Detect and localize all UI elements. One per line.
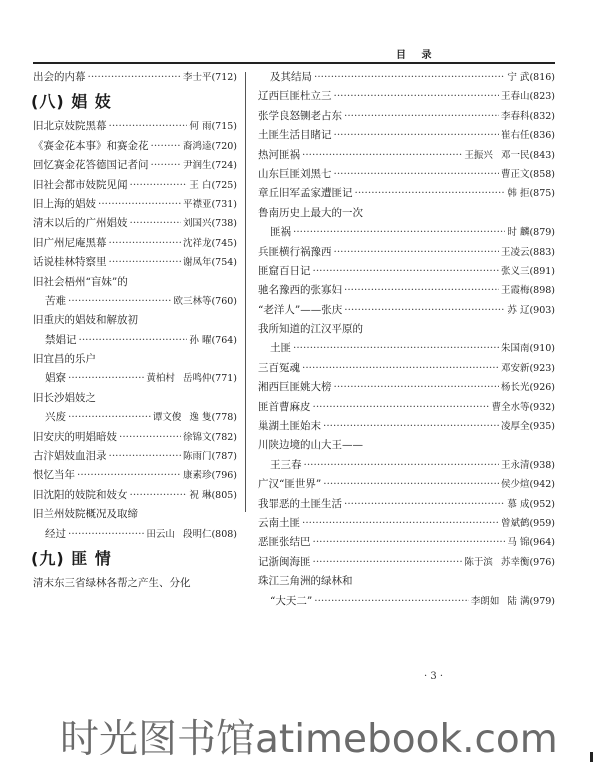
entry-title: 经过	[45, 525, 66, 544]
entry-author: 祝 琳	[189, 486, 211, 505]
entry-author: 王 白	[189, 176, 211, 195]
entry-author: 时 麟	[507, 223, 529, 242]
entry-page-number: (808)	[211, 525, 237, 544]
entry-page-number: (858)	[529, 165, 555, 184]
entry-page-number: (823)	[529, 87, 555, 106]
entry-page-number: (725)	[211, 176, 237, 195]
entry-title: 匪窟百日记	[258, 262, 311, 281]
leader-dots	[344, 281, 499, 300]
entry-page-number: (910)	[529, 339, 555, 358]
entry-author: 苏幸衡	[501, 553, 530, 572]
entry-author: 杨长光	[501, 378, 530, 397]
entry-title: 三百冤魂	[258, 359, 300, 378]
toc-left-column: 出会的内幕李士平(712)(八) 娼 妓旧北京妓院黑幕何 雨(715)《赛金花本…	[33, 68, 237, 593]
entry-author: 张义三	[501, 262, 530, 281]
entry-title: 旧广州尼庵黑幕	[33, 234, 107, 253]
running-header-title: 目 录	[396, 46, 446, 61]
leader-dots	[334, 378, 499, 397]
entry-author: 李士平	[183, 68, 212, 87]
toc-entry[interactable]: 旧广州尼庵黑幕沈祥龙(745)	[33, 234, 237, 253]
leader-dots	[334, 126, 499, 145]
toc-entry[interactable]: 巢湖土匪始末凌厚全(935)	[258, 417, 555, 436]
entry-coauthor: 王振兴	[464, 146, 493, 165]
entry-title: 旧安庆的明娼暗妓	[33, 428, 117, 447]
entry-title: 湘西巨匪姚大榜	[258, 378, 332, 397]
entry-coauthor: 黄柏村	[146, 369, 175, 388]
leader-dots	[344, 301, 505, 320]
toc-entry[interactable]: 旧安庆的明娼暗妓徐锦文(782)	[33, 428, 237, 447]
entry-author: 康素珍	[183, 466, 212, 485]
toc-entry[interactable]: 话说桂林特察里谢凤年(754)	[33, 253, 237, 272]
header-rule	[33, 62, 555, 64]
toc-entry[interactable]: 记浙闽海匪陈于滨苏幸衡(976)	[258, 553, 555, 572]
entry-author: 逸 隻	[189, 408, 211, 427]
entry-page-number: (959)	[529, 514, 555, 533]
leader-dots	[68, 369, 144, 388]
toc-entry[interactable]: 出会的内幕李士平(712)	[33, 68, 237, 87]
entry-coauthor: 田云山	[146, 525, 175, 544]
toc-entry[interactable]: 广汉“匪世界”侯少煊(942)	[258, 475, 555, 494]
entry-author: 王春山	[501, 87, 530, 106]
entry-title: 《赛金花本事》和赛金花	[33, 137, 149, 156]
entry-author: 苏 辽	[507, 301, 529, 320]
entry-page-number: (724)	[211, 156, 237, 175]
toc-right-column: 及其结局宁 武(816)辽西巨匪杜立三王春山(823)张学良怒铡老占东李春科(8…	[258, 68, 555, 611]
leader-dots	[109, 234, 181, 253]
entry-page-number: (836)	[529, 126, 555, 145]
entry-title: 及其结局	[270, 68, 312, 87]
entry-title: 苦难	[45, 292, 66, 311]
toc-entry[interactable]: “老洋人”——张庆苏 辽(903)	[258, 301, 555, 320]
entry-title: 禁娼记	[45, 331, 77, 350]
toc-entry[interactable]: 云南土匪曾斌鹤(959)	[258, 514, 555, 533]
entry-page-number: (778)	[211, 408, 237, 427]
entry-page-number: (883)	[529, 243, 555, 262]
entry-title: 旧沈阳的妓院和妓女	[33, 486, 128, 505]
toc-entry[interactable]: 娼寮黄柏村岳鸣仲(771)	[33, 369, 237, 388]
entry-title: 辽西巨匪杜立三	[258, 87, 332, 106]
entry-page-number: (760)	[211, 292, 237, 311]
entry-title: 回忆赛金花答德国记者问	[33, 156, 149, 175]
toc-entry[interactable]: 土匪生活目睹记崔右任(836)	[258, 126, 555, 145]
entry-page-number: (715)	[211, 117, 237, 136]
column-divider	[245, 72, 246, 512]
entry-page-number: (771)	[211, 369, 237, 388]
toc-entry[interactable]: 旧沈阳的妓院和妓女祝 琳(805)	[33, 486, 237, 505]
entry-page-number: (720)	[211, 137, 237, 156]
entry-page-number: (738)	[211, 214, 237, 233]
entry-author: 何 雨	[189, 117, 211, 136]
entry-coauthor: 谭文俊	[153, 408, 182, 427]
entry-page-number: (832)	[529, 107, 555, 126]
entry-title: 古汴娼妓血泪录	[33, 447, 107, 466]
entry-author: 马 锦	[507, 533, 529, 552]
leader-dots	[109, 253, 181, 272]
toc-entry[interactable]: “大天二”李朗如陆 满(979)	[258, 592, 555, 611]
leader-dots	[130, 176, 188, 195]
leader-dots	[302, 359, 499, 378]
toc-entry[interactable]: 我罪恶的土匪生活慕 成(952)	[258, 495, 555, 514]
toc-entry[interactable]: 经过田云山段明仁(808)	[33, 525, 237, 544]
entry-author: 慕 成	[507, 495, 529, 514]
leader-dots	[313, 262, 499, 281]
entry-page-number: (964)	[529, 533, 555, 552]
scan-mark	[590, 752, 593, 762]
entry-title: 记浙闽海匪	[258, 553, 311, 572]
entry-author: 刘国兴	[183, 214, 212, 233]
entry-title: 土匪生活目睹记	[258, 126, 332, 145]
entry-page-number: (879)	[529, 223, 555, 242]
toc-entry[interactable]: 恶匪张结巴马 锦(964)	[258, 533, 555, 552]
entry-page-number: (932)	[529, 398, 555, 417]
entry-page-number: (935)	[529, 417, 555, 436]
entry-title: 出会的内幕	[33, 68, 86, 87]
leader-dots	[344, 107, 499, 126]
entry-page-number: (891)	[529, 262, 555, 281]
toc-entry[interactable]: 及其结局宁 武(816)	[258, 68, 555, 87]
toc-entry[interactable]: 山东巨匪刘黑七曹正文(858)	[258, 165, 555, 184]
leader-dots	[68, 525, 144, 544]
toc-entry[interactable]: 章丘旧军孟家遭匪记韩 拒(875)	[258, 184, 555, 203]
entry-author: 朱国南	[501, 339, 530, 358]
entry-title: 张学良怒铡老占东	[258, 107, 342, 126]
entry-page-number: (979)	[529, 592, 555, 611]
entry-author: 韩 拒	[507, 184, 529, 203]
entry-title: 巢湖土匪始末	[258, 417, 321, 436]
entry-page-number: (976)	[529, 553, 555, 572]
leader-dots	[119, 428, 181, 447]
leader-dots	[355, 184, 506, 203]
entry-title: 恨忆当年	[33, 466, 75, 485]
toc-entry[interactable]: 《赛金花本事》和赛金花裔鸿逵(720)	[33, 137, 237, 156]
entry-title: 驰名豫西的张寡妇	[258, 281, 342, 300]
toc-entry[interactable]: 匪首曹麻皮曹全水等(932)	[258, 398, 555, 417]
entry-author: 宁 武	[507, 68, 529, 87]
entry-title: 旧北京妓院黑幕	[33, 117, 107, 136]
toc-title-line: 旧长沙娼妓之	[33, 389, 237, 408]
entry-page-number: (938)	[529, 456, 555, 475]
entry-title: 娼寮	[45, 369, 66, 388]
entry-page-number: (754)	[211, 253, 237, 272]
entry-author: 岳鸣仲	[183, 369, 212, 388]
page-number: · 3 ·	[424, 671, 443, 682]
entry-title: 山东巨匪刘黑七	[258, 165, 332, 184]
section-heading: (九) 匪 情	[31, 546, 237, 572]
toc-entry[interactable]: 清末以后的广州娼妓刘国兴(738)	[33, 214, 237, 233]
leader-dots	[151, 137, 181, 156]
entry-title: 恶匪张结巴	[258, 533, 311, 552]
toc-title-line: 川陕边境的山大王——	[258, 436, 555, 455]
entry-author: 侯少煊	[501, 475, 530, 494]
leader-dots	[77, 466, 181, 485]
entry-page-number: (764)	[211, 331, 237, 350]
toc-entry[interactable]: 兵匪横行祸豫西王凌云(883)	[258, 243, 555, 262]
toc-entry[interactable]: 旧北京妓院黑幕何 雨(715)	[33, 117, 237, 136]
entry-title: 旧社会都市妓院见闻	[33, 176, 128, 195]
entry-author: 徐锦文	[183, 428, 212, 447]
entry-title: 兴废	[45, 408, 66, 427]
entry-coauthor: 李朗如	[471, 592, 500, 611]
toc-entry[interactable]: 匪祸时 麟(879)	[258, 223, 555, 242]
toc-entry[interactable]: 驰名豫西的张寡妇王霞梅(898)	[258, 281, 555, 300]
toc-entry[interactable]: 兴废谭文俊逸 隻(778)	[33, 408, 237, 427]
leader-dots	[313, 398, 490, 417]
entry-author: 邓一民	[501, 146, 530, 165]
toc-title-line: 鲁南历史上最大的一次	[258, 204, 555, 223]
leader-dots	[302, 146, 462, 165]
entry-title: 匪首曹麻皮	[258, 398, 311, 417]
leader-dots	[314, 68, 505, 87]
entry-title: 旧上海的娼妓	[33, 195, 96, 214]
entry-page-number: (782)	[211, 428, 237, 447]
leader-dots	[334, 87, 499, 106]
toc-entry[interactable]: 土匪朱国南(910)	[258, 339, 555, 358]
toc-entry[interactable]: 旧社会都市妓院见闻王 白(725)	[33, 176, 237, 195]
entry-coauthor: 陈于滨	[464, 553, 493, 572]
entry-author: 平襟亚	[183, 195, 212, 214]
toc-entry[interactable]: 古汴娼妓血泪录陈雨门(787)	[33, 447, 237, 466]
toc-title-line: 旧兰州妓院概况及取缔	[33, 505, 237, 524]
toc-title-line: 旧宜昌的乐户	[33, 350, 237, 369]
entry-author: 王凌云	[501, 243, 530, 262]
watermark-text: 时光图书馆atimebook.com	[60, 708, 558, 764]
entry-author: 崔右任	[501, 126, 530, 145]
entry-author: 沈祥龙	[183, 234, 212, 253]
entry-author: 王永清	[501, 456, 530, 475]
entry-page-number: (952)	[529, 495, 555, 514]
entry-author: 尹润生	[183, 156, 212, 175]
entry-author: 段明仁	[183, 525, 212, 544]
toc-title-line: 清末东三省绿林各帮之产生、分化	[33, 574, 237, 593]
leader-dots	[314, 592, 469, 611]
leader-dots	[334, 243, 499, 262]
entry-author: 邓安新	[501, 359, 530, 378]
leader-dots	[88, 68, 181, 87]
entry-author: 谢凤年	[183, 253, 212, 272]
leader-dots	[323, 475, 499, 494]
leader-dots	[323, 417, 499, 436]
toc-entry[interactable]: 回忆赛金花答德国记者问尹润生(724)	[33, 156, 237, 175]
entry-page-number: (816)	[529, 68, 555, 87]
entry-title: 清末以后的广州娼妓	[33, 214, 128, 233]
leader-dots	[79, 331, 188, 350]
toc-entry[interactable]: 恨忆当年康素珍(796)	[33, 466, 237, 485]
leader-dots	[334, 165, 499, 184]
entry-title: 土匪	[270, 339, 291, 358]
leader-dots	[109, 447, 181, 466]
toc-entry[interactable]: 王三春王永清(938)	[258, 456, 555, 475]
leader-dots	[109, 117, 188, 136]
entry-title: “老洋人”——张庆	[258, 301, 342, 320]
leader-dots	[68, 292, 171, 311]
entry-page-number: (875)	[529, 184, 555, 203]
leader-dots	[68, 408, 151, 427]
leader-dots	[313, 553, 463, 572]
entry-author: 王霞梅	[501, 281, 530, 300]
entry-title: 热河匪祸	[258, 146, 300, 165]
leader-dots	[130, 214, 181, 233]
leader-dots	[98, 195, 181, 214]
entry-author: 曹全水等	[491, 398, 529, 417]
toc-title-line: 我所知道的江汉平原的	[258, 320, 555, 339]
toc-title-line: 旧重庆的娼妓和解放初	[33, 311, 237, 330]
entry-page-number: (731)	[211, 195, 237, 214]
entry-author: 曾斌鹤	[501, 514, 530, 533]
toc-title-line: 旧社会梧州“盲妹”的	[33, 273, 237, 292]
entry-author: 裔鸿逵	[183, 137, 212, 156]
entry-page-number: (898)	[529, 281, 555, 300]
leader-dots	[304, 456, 499, 475]
toc-entry[interactable]: 热河匪祸王振兴邓一民(843)	[258, 146, 555, 165]
entry-page-number: (787)	[211, 447, 237, 466]
entry-title: “大天二”	[270, 592, 312, 611]
toc-entry[interactable]: 禁娼记孙 曜(764)	[33, 331, 237, 350]
leader-dots	[302, 514, 499, 533]
entry-author: 欧三林等	[173, 292, 211, 311]
entry-author: 李春科	[501, 107, 530, 126]
toc-entry[interactable]: 张学良怒铡老占东李春科(832)	[258, 107, 555, 126]
entry-title: 我罪恶的土匪生活	[258, 495, 342, 514]
entry-author: 陆 满	[507, 592, 529, 611]
toc-entry[interactable]: 旧上海的娼妓平襟亚(731)	[33, 195, 237, 214]
section-heading: (八) 娼 妓	[31, 89, 237, 115]
toc-entry[interactable]: 匪窟百日记张义三(891)	[258, 262, 555, 281]
entry-page-number: (843)	[529, 146, 555, 165]
leader-dots	[313, 533, 506, 552]
entry-title: 话说桂林特察里	[33, 253, 107, 272]
leader-dots	[344, 495, 505, 514]
entry-title: 匪祸	[270, 223, 291, 242]
entry-title: 云南土匪	[258, 514, 300, 533]
toc-entry[interactable]: 三百冤魂邓安新(923)	[258, 359, 555, 378]
leader-dots	[130, 486, 188, 505]
entry-page-number: (712)	[211, 68, 237, 87]
entry-page-number: (903)	[529, 301, 555, 320]
leader-dots	[293, 223, 505, 242]
entry-page-number: (805)	[211, 486, 237, 505]
entry-page-number: (942)	[529, 475, 555, 494]
toc-title-line: 珠江三角洲的绿林和	[258, 572, 555, 591]
leader-dots	[293, 339, 499, 358]
entry-author: 凌厚全	[501, 417, 530, 436]
toc-entry[interactable]: 苦难欧三林等(760)	[33, 292, 237, 311]
entry-page-number: (745)	[211, 234, 237, 253]
toc-entry[interactable]: 辽西巨匪杜立三王春山(823)	[258, 87, 555, 106]
leader-dots	[151, 156, 181, 175]
entry-title: 章丘旧军孟家遭匪记	[258, 184, 353, 203]
entry-author: 陈雨门	[183, 447, 212, 466]
entry-page-number: (926)	[529, 378, 555, 397]
entry-title: 广汉“匪世界”	[258, 475, 321, 494]
entry-page-number: (923)	[529, 359, 555, 378]
entry-title: 兵匪横行祸豫西	[258, 243, 332, 262]
entry-page-number: (796)	[211, 466, 237, 485]
toc-entry[interactable]: 湘西巨匪姚大榜杨长光(926)	[258, 378, 555, 397]
entry-author: 孙 曜	[189, 331, 211, 350]
entry-author: 曹正文	[501, 165, 530, 184]
entry-title: 王三春	[270, 456, 302, 475]
